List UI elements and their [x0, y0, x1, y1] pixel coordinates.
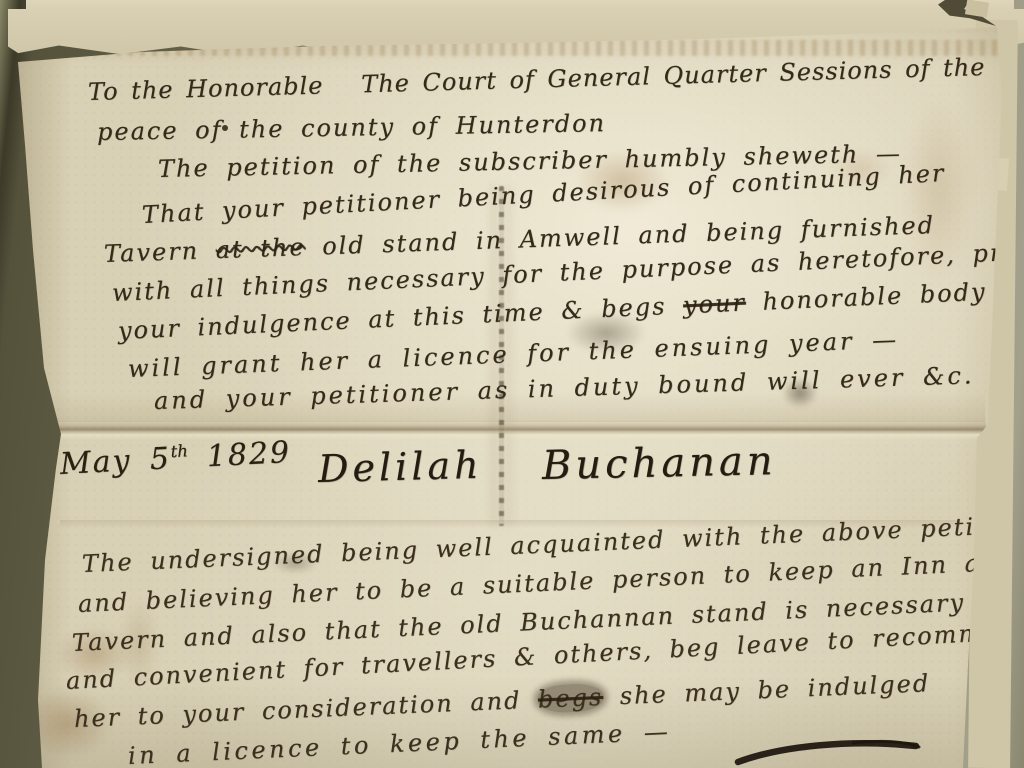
ink-smudge — [566, 312, 646, 354]
petition-line: To the Honorable The Court of General Qu… — [88, 55, 986, 104]
line-text: she may be indulged — [603, 669, 931, 711]
date-ordinal: th — [170, 441, 188, 461]
line-text: honorable body — [745, 278, 987, 317]
pen-flourish — [733, 735, 929, 767]
line-text: peace of the county of Hunterdon — [97, 109, 606, 146]
date-text: May 5 — [59, 441, 172, 482]
blotted-word: begs — [537, 683, 603, 714]
petition-paper: To the Honorable The Court of General Qu… — [0, 0, 1024, 768]
signature-last-name: Buchanan — [542, 441, 777, 486]
line-text: Tavern — [104, 236, 217, 268]
horizontal-fold-crease — [28, 420, 986, 440]
edge-spot — [12, 606, 26, 630]
ink-blot — [782, 378, 818, 408]
struck-word: at the — [215, 233, 306, 264]
line-text: To the Honorable The Court of General Qu… — [88, 53, 986, 106]
date-line: May 5th 1829 — [59, 438, 292, 480]
ink-smudge — [272, 552, 318, 574]
date-year: 1829 — [187, 435, 292, 475]
signature-first-name: Delilah — [318, 446, 483, 488]
photo-of-petition-document: To the Honorable The Court of General Qu… — [0, 0, 1024, 768]
petition-line: peace of the county of Hunterdon — [97, 111, 606, 144]
struck-word: your — [682, 289, 746, 320]
